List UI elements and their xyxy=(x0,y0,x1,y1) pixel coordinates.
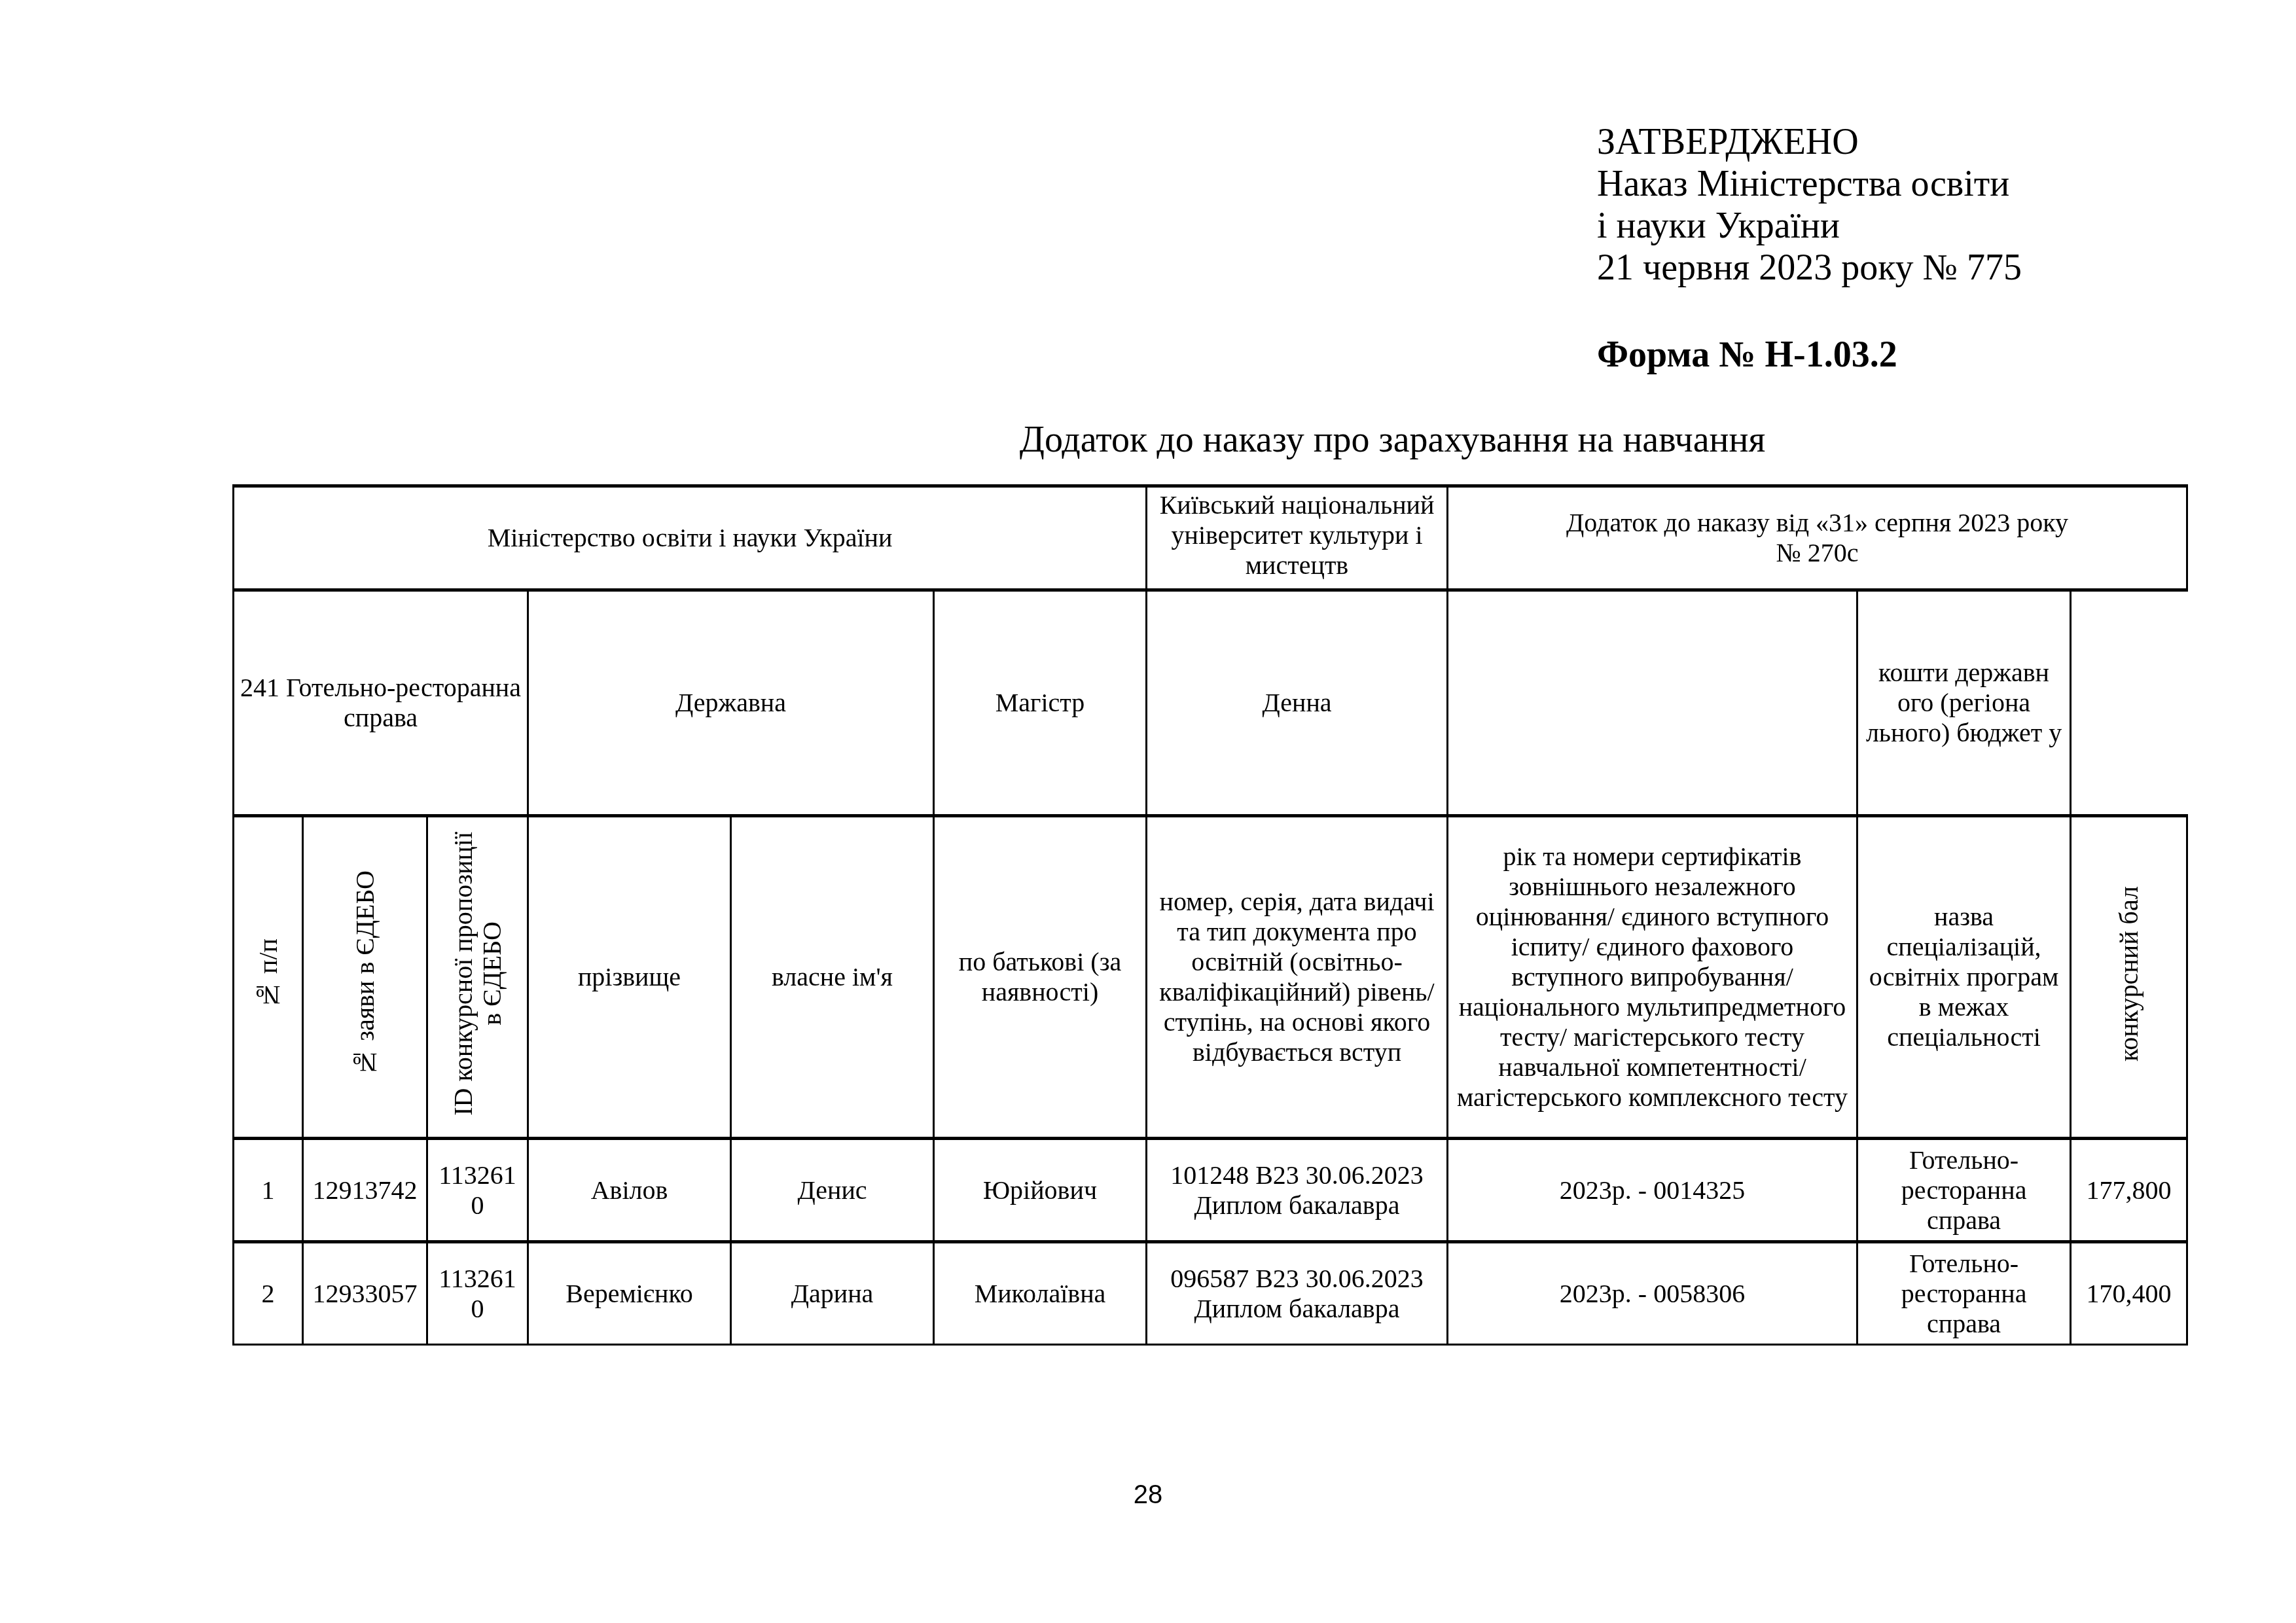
col-header-certificates: рік та номери сертифікатів зовнішнього н… xyxy=(1448,816,1857,1139)
page-number: 28 xyxy=(0,1480,2296,1510)
enrollment-table: Міністерство освіти і науки України Київ… xyxy=(232,484,2188,1346)
ownership-cell: Державна xyxy=(528,590,934,816)
order-cell: Додаток до наказу від «31» серпня 2023 р… xyxy=(1448,486,2187,590)
order-date: Додаток до наказу від «31» серпня 2023 р… xyxy=(1452,508,2182,538)
column-header-row: № п/п № заяви в ЄДЕБО ID конкурсної проп… xyxy=(234,816,2187,1139)
table-row: 1 12913742 113261 0 Авілов Денис Юрійови… xyxy=(234,1139,2187,1242)
approval-line: Наказ Міністерства освіти xyxy=(1597,163,2022,205)
cell-certificates: 2023р. - 0014325 xyxy=(1448,1139,1857,1242)
table-row: 2 12933057 113261 0 Веремієнко Дарина Ми… xyxy=(234,1242,2187,1345)
document-title: Додаток до наказу про зарахування на нав… xyxy=(232,419,2186,461)
approval-line: ЗАТВЕРДЖЕНО xyxy=(1597,121,2022,163)
cell-surname: Авілов xyxy=(528,1139,731,1242)
col-header-surname: прізвище xyxy=(528,816,731,1139)
cell-application-id: 12913742 xyxy=(303,1139,427,1242)
cell-score: 170,400 xyxy=(2071,1242,2187,1345)
cell-patronymic: Юрійович xyxy=(934,1139,1147,1242)
col-header-application: № заяви в ЄДЕБО xyxy=(303,816,427,1139)
cell-program: Готельно- ресторанна справа xyxy=(1857,1139,2071,1242)
form-number: Форма № Н-1.03.2 xyxy=(1597,334,1897,376)
cell-score: 177,800 xyxy=(2071,1139,2187,1242)
cell-patronymic: Миколаївна xyxy=(934,1242,1147,1345)
col-header-score: конкурсний бал xyxy=(2071,816,2187,1139)
cell-document: 096587 В23 30.06.2023 Диплом бакалавра xyxy=(1147,1242,1448,1345)
study-form-cell: Денна xyxy=(1147,590,1448,816)
approval-block: ЗАТВЕРДЖЕНО Наказ Міністерства освіти і … xyxy=(1597,121,2022,289)
degree-cell: Магістр xyxy=(934,590,1147,816)
cell-name: Денис xyxy=(731,1139,934,1242)
col-header-patronymic: по батькові (за наявності) xyxy=(934,816,1147,1139)
col-header-program: назва спеціалізацій, освітніх програм в … xyxy=(1857,816,2071,1139)
university-cell: Київський національний університет культ… xyxy=(1147,486,1448,590)
cell-num: 2 xyxy=(234,1242,303,1345)
col-header-name: власне ім'я xyxy=(731,816,934,1139)
empty-cell xyxy=(1448,590,1857,816)
cell-name: Дарина xyxy=(731,1242,934,1345)
funding-cell: кошти державн ого (регіона льного) бюдже… xyxy=(1857,590,2071,816)
header-row: Міністерство освіти і науки України Київ… xyxy=(234,486,2187,590)
col-header-num: № п/п xyxy=(234,816,303,1139)
cell-application-id: 12933057 xyxy=(303,1242,427,1345)
ministry-cell: Міністерство освіти і науки України xyxy=(234,486,1147,590)
specialty-row: 241 Готельно-ресторанна справа Державна … xyxy=(234,590,2187,816)
specialty-cell: 241 Готельно-ресторанна справа xyxy=(234,590,528,816)
cell-document: 101248 В23 30.06.2023 Диплом бакалавра xyxy=(1147,1139,1448,1242)
col-header-offer-id: ID конкурсної пропозиції в ЄДЕБО xyxy=(427,816,528,1139)
cell-num: 1 xyxy=(234,1139,303,1242)
cell-offer-id: 113261 0 xyxy=(427,1242,528,1345)
approval-line: і науки України xyxy=(1597,205,2022,247)
cell-program: Готельно- ресторанна справа xyxy=(1857,1242,2071,1345)
cell-surname: Веремієнко xyxy=(528,1242,731,1345)
approval-line: 21 червня 2023 року № 775 xyxy=(1597,247,2022,289)
order-number: № 270с xyxy=(1452,538,2182,568)
cell-offer-id: 113261 0 xyxy=(427,1139,528,1242)
cell-certificates: 2023р. - 0058306 xyxy=(1448,1242,1857,1345)
col-header-document: номер, серія, дата видачі та тип докумен… xyxy=(1147,816,1448,1139)
